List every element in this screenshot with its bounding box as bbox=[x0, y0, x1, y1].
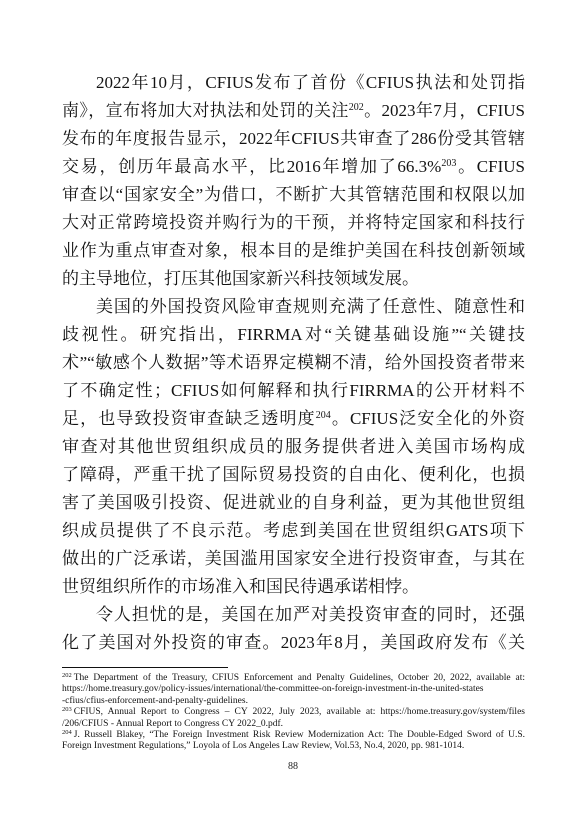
paragraph: 令人担忧的是，美国在加严对美投资审查的同时，还强化了美国对外投资的审查。2023… bbox=[62, 601, 525, 657]
text-line: 足，也导致投资审查缺乏透明度204。CFIUS泛安全化的外资 bbox=[62, 405, 525, 433]
text-line: 审查以“国家安全”为借口，不断扩大其管辖范围和权限以加 bbox=[62, 181, 525, 209]
text-segment: 南》，宣布将加大对执法和处罚的关注 bbox=[62, 101, 349, 120]
text-segment: 令人担忧的是，美国在加严对美投资审查的同时，还强 bbox=[96, 605, 525, 624]
footnote-line: /206/CFIUS - Annual Report to Congress C… bbox=[62, 719, 525, 730]
text-segment: 交易，创历年最高水平，比2016年增加了66.3% bbox=[62, 157, 441, 176]
footnote-ref-203: 203 bbox=[441, 158, 456, 169]
text-line: 做出的广泛承诺，美国滥用国家安全进行投资审查，与其在 bbox=[62, 545, 525, 573]
text-line: 审查对其他世贸组织成员的服务提供者进入美国市场构成 bbox=[62, 433, 525, 461]
document-page: 2022年10月，CFIUS发布了首份《CFIUS执法和处罚指南》，宣布将加大对… bbox=[0, 0, 586, 834]
text-line: 的主导地位，打压其他国家新兴科技领域发展。 bbox=[62, 265, 525, 293]
text-line: 了不确定性；CFIUS如何解释和执行FIRRMA的公开材料不 bbox=[62, 377, 525, 405]
footnote-line: 202The Department of the Treasury, CFIUS… bbox=[62, 673, 525, 684]
text-segment: 发布的年度报告显示，2022年CFIUS共审查了286份受其管辖 bbox=[62, 129, 525, 148]
footnote-marker: 202 bbox=[62, 672, 72, 679]
paragraph: 美国的外国投资风险审查规则充满了任意性、随意性和歧视性。研究指出，FIRRMA对… bbox=[62, 293, 525, 601]
footnote-line: 203CFIUS, Annual Report to Congress – CY… bbox=[62, 707, 525, 718]
footnote-203: 203CFIUS, Annual Report to Congress – CY… bbox=[62, 707, 525, 730]
text-segment: 术”“敏感个人数据”等术语界定模糊不清，给外国投资者带来 bbox=[62, 353, 525, 372]
text-segment: 害了美国吸引投资、促进就业的自身利益，更为其他世贸组 bbox=[62, 493, 525, 512]
text-line: 化了美国对外投资的审查。2023年8月，美国政府发布《关 bbox=[62, 629, 525, 657]
text-segment: 大对正常跨境投资并购行为的干预，并将特定国家和科技行 bbox=[62, 213, 525, 232]
body-text: 2022年10月，CFIUS发布了首份《CFIUS执法和处罚指南》，宣布将加大对… bbox=[62, 69, 525, 657]
text-line: 歧视性。研究指出，FIRRMA对“关键基础设施”“关键技 bbox=[62, 321, 525, 349]
page-number: 88 bbox=[0, 761, 586, 772]
footnote-ref-204: 204 bbox=[316, 410, 331, 421]
footnote-line: https://home.treasury.gov/policy-issues/… bbox=[62, 684, 525, 695]
footnote-line: -cfius/cfius-enforcement-and-penalty-gui… bbox=[62, 696, 525, 707]
text-line: 美国的外国投资风险审查规则充满了任意性、随意性和 bbox=[62, 293, 525, 321]
text-segment: 业作为重点审查对象，根本目的是维护美国在科技创新领域 bbox=[62, 241, 525, 260]
footnote-separator bbox=[62, 667, 228, 668]
text-line: 大对正常跨境投资并购行为的干预，并将特定国家和科技行 bbox=[62, 209, 525, 237]
footnote-marker: 204 bbox=[62, 729, 72, 736]
text-line: 2022年10月，CFIUS发布了首份《CFIUS执法和处罚指 bbox=[62, 69, 525, 97]
text-segment: 。CFIUS泛安全化的外资 bbox=[331, 409, 525, 428]
text-segment: 的主导地位，打压其他国家新兴科技领域发展。 bbox=[62, 269, 419, 288]
text-segment: 了不确定性；CFIUS如何解释和执行FIRRMA的公开材料不 bbox=[62, 381, 525, 400]
text-segment: 世贸组织所作的市场准入和国民待遇承诺相悖。 bbox=[62, 577, 419, 596]
text-segment: 2022年10月，CFIUS发布了首份《CFIUS执法和处罚指 bbox=[96, 73, 525, 92]
text-line: 了障碍，严重干扰了国际贸易投资的自由化、便利化，也损 bbox=[62, 461, 525, 489]
footnotes: 202The Department of the Treasury, CFIUS… bbox=[62, 673, 525, 753]
text-line: 害了美国吸引投资、促进就业的自身利益，更为其他世贸组 bbox=[62, 489, 525, 517]
text-line: 世贸组织所作的市场准入和国民待遇承诺相悖。 bbox=[62, 573, 525, 601]
text-line: 发布的年度报告显示，2022年CFIUS共审查了286份受其管辖 bbox=[62, 125, 525, 153]
text-line: 织成员提供了不良示范。考虑到美国在世贸组织GATS项下 bbox=[62, 517, 525, 545]
text-segment: 歧视性。研究指出，FIRRMA对“关键基础设施”“关键技 bbox=[62, 325, 525, 344]
text-line: 交易，创历年最高水平，比2016年增加了66.3%203。CFIUS bbox=[62, 153, 525, 181]
text-segment: 化了美国对外投资的审查。2023年8月，美国政府发布《关 bbox=[62, 633, 525, 652]
text-segment: 审查对其他世贸组织成员的服务提供者进入美国市场构成 bbox=[62, 437, 525, 456]
footnote-marker: 203 bbox=[62, 706, 72, 713]
text-segment: 。2023年7月，CFIUS bbox=[364, 101, 525, 120]
text-line: 令人担忧的是，美国在加严对美投资审查的同时，还强 bbox=[62, 601, 525, 629]
footnote-line: Foreign Investment Regulations,” Loyola … bbox=[62, 741, 525, 752]
text-segment: 美国的外国投资风险审查规则充满了任意性、随意性和 bbox=[96, 297, 525, 316]
text-line: 业作为重点审查对象，根本目的是维护美国在科技创新领域 bbox=[62, 237, 525, 265]
footnote-ref-202: 202 bbox=[349, 102, 364, 113]
footnote-204: 204J. Russell Blakey, “The Foreign Inves… bbox=[62, 730, 525, 753]
text-segment: 织成员提供了不良示范。考虑到美国在世贸组织GATS项下 bbox=[62, 521, 525, 540]
paragraph: 2022年10月，CFIUS发布了首份《CFIUS执法和处罚指南》，宣布将加大对… bbox=[62, 69, 525, 293]
text-segment: 。CFIUS bbox=[456, 157, 525, 176]
text-line: 术”“敏感个人数据”等术语界定模糊不清，给外国投资者带来 bbox=[62, 349, 525, 377]
text-line: 南》，宣布将加大对执法和处罚的关注202。2023年7月，CFIUS bbox=[62, 97, 525, 125]
text-segment: 做出的广泛承诺，美国滥用国家安全进行投资审查，与其在 bbox=[62, 549, 525, 568]
text-segment: 审查以“国家安全”为借口，不断扩大其管辖范围和权限以加 bbox=[62, 185, 525, 204]
footnote-line: 204J. Russell Blakey, “The Foreign Inves… bbox=[62, 730, 525, 741]
footnote-202: 202The Department of the Treasury, CFIUS… bbox=[62, 673, 525, 707]
text-segment: 足，也导致投资审查缺乏透明度 bbox=[62, 409, 316, 428]
text-segment: 了障碍，严重干扰了国际贸易投资的自由化、便利化，也损 bbox=[62, 465, 525, 484]
